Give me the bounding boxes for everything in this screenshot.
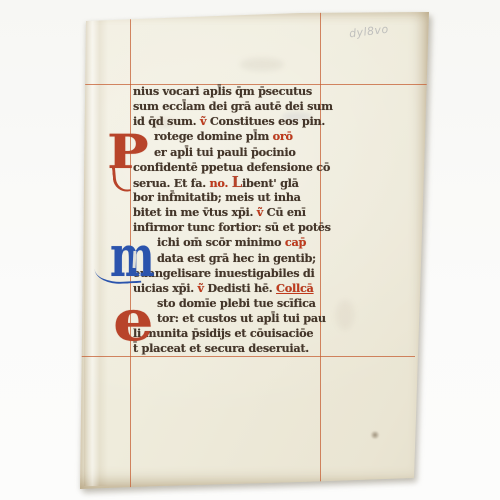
text-line: uicias xp̄i. ṽ Dedisti hē. Collcā (133, 281, 333, 296)
text-line: sto domīe plebi tue scīfica (133, 296, 333, 311)
text-line: nius vocari apl̄is q̄m p̄secutus (133, 84, 333, 99)
rubric-text: ṽ (197, 281, 207, 295)
text-line: li munita p̄sidijs et cōuisaciōe (133, 326, 333, 341)
body-text: ichi om̄ scōr minimo (157, 235, 285, 249)
text-line: serua. Et fa. no. Libent' glā (133, 175, 333, 190)
body-text: sum eccl̄am dei grā autē dei sum (133, 99, 333, 113)
body-text: t̄ placeat et secura deseruiat. (133, 341, 309, 355)
rubric-text: cap̄ (285, 235, 306, 249)
body-text: euangelisare inuestigabiles di (133, 266, 315, 280)
body-text: sto domīe plebi tue scīfica (157, 296, 316, 310)
text-line: er apl̄i tui pauli p̄ocinio (133, 145, 333, 160)
body-text: nius vocari apl̄is q̄m p̄secutus (133, 84, 312, 98)
rubric-text: ṽ (200, 114, 210, 128)
text-line: bitet in me v̄tus xp̄i. ṽ Cū enī (133, 205, 333, 220)
text-line: tor: et custos ut apl̄i tui pau (133, 311, 333, 326)
body-text: bor inf̄mitatib; meis ut inha (133, 190, 301, 204)
text-block: nius vocari apl̄is q̄m p̄secutussum eccl… (133, 84, 333, 357)
text-line: bor inf̄mitatib; meis ut inha (133, 190, 333, 205)
show-through-smudge (240, 58, 284, 71)
gutter-crease (84, 16, 108, 486)
rubric-text: orō (273, 129, 293, 143)
text-line: rotege domine pl̄m orō (133, 129, 333, 144)
text-line: data est grā hec in gentib; (133, 251, 333, 266)
inline-initial: L (232, 173, 242, 191)
body-text: ibent' glā (242, 176, 299, 190)
text-line: infirmor tunc fortior: sū et potēs (133, 220, 333, 235)
body-text: confidentē ppetua defensione cō (133, 160, 330, 174)
stain-spot (370, 431, 380, 439)
body-text: Cū enī (267, 205, 306, 219)
illuminated-initial-e: e (113, 292, 154, 349)
text-line: ichi om̄ scōr minimo cap̄ (133, 235, 333, 250)
text-line: t̄ placeat et secura deseruiat. (133, 341, 333, 356)
text-line: id q̄d sum. ṽ Constitues eos pin. (133, 114, 333, 129)
text-line: euangelisare inuestigabiles di (133, 266, 333, 281)
body-text: er apl̄i tui pauli p̄ocinio (154, 145, 296, 159)
body-text: li munita p̄sidijs et cōuisaciōe (133, 326, 313, 340)
manuscript-leaf: dyl8vo nius vocari apl̄is q̄m p̄secutuss… (0, 0, 500, 500)
rubric-text: no. (210, 176, 232, 190)
body-text: rotege domine pl̄m (154, 129, 273, 143)
body-text: tor: et custos ut apl̄i tui pau (157, 311, 326, 325)
body-text: Constitues eos pin. (210, 114, 325, 128)
body-text: data est grā hec in gentib; (157, 251, 316, 265)
leaf-shadow-wrap: dyl8vo nius vocari apl̄is q̄m p̄secutuss… (0, 0, 500, 500)
body-text: infirmor tunc fortior: sū et potēs (133, 220, 331, 234)
rubric-text: ṽ (257, 205, 267, 219)
text-line: sum eccl̄am dei grā autē dei sum (133, 99, 333, 114)
body-text: bitet in me v̄tus xp̄i. (133, 205, 257, 219)
rubric-text: Collcā (276, 281, 314, 295)
body-text: Dedisti hē. (207, 281, 276, 295)
show-through-smudge (336, 300, 354, 330)
